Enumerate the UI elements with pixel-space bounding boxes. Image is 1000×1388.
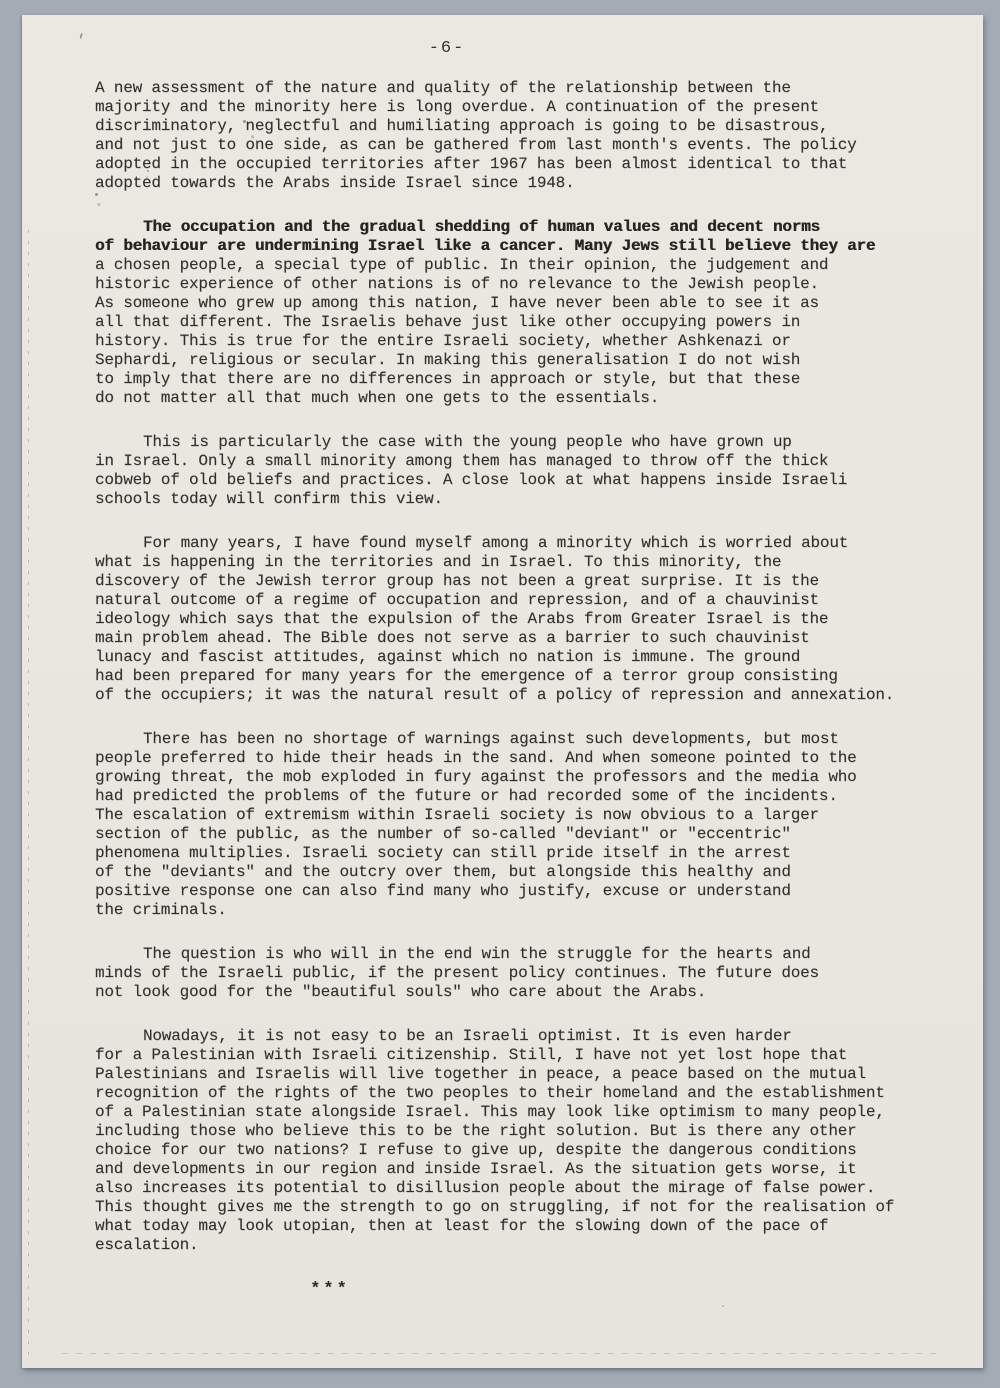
text-line: and not just to one side, as can be gath…	[95, 136, 947, 155]
text-line: As someone who grew up among this nation…	[95, 294, 947, 313]
text-line: including those who believe this to be t…	[95, 1122, 947, 1141]
text-line: to imply that there are no differences i…	[95, 370, 947, 389]
text-line: Palestinians and Israelis will live toge…	[95, 1065, 947, 1084]
text-line: the criminals.	[95, 901, 947, 920]
text-line: minds of the Israeli public, if the pres…	[95, 964, 947, 983]
text-line: The occupation and the gradual shedding …	[95, 218, 947, 237]
text-line: adopted in the occupied territories afte…	[95, 155, 947, 174]
stray-ink-mark	[79, 33, 84, 40]
text-line: discovery of the Jewish terror group has…	[95, 572, 947, 591]
text-line: For many years, I have found myself amon…	[95, 534, 947, 553]
text-line: a chosen people, a special type of publi…	[95, 256, 947, 275]
text-line: in Israel. Only a small minority among t…	[95, 452, 947, 471]
text-line: majority and the minority here is long o…	[95, 98, 947, 117]
text-line: lunacy and fascist attitudes, against wh…	[95, 648, 947, 667]
text-line: of a Palestinian state alongside Israel.…	[95, 1103, 947, 1122]
text-line: A new assessment of the nature and quali…	[95, 79, 947, 98]
scan-backdrop: { "page": { "colors": { "backdrop": "#a3…	[0, 0, 1000, 1388]
text-line: ideology which says that the expulsion o…	[95, 610, 947, 629]
text-line: all that different. The Israelis behave …	[95, 313, 947, 332]
text-line: not look good for the "beautiful souls" …	[95, 983, 947, 1002]
under-sheet-edge	[28, 230, 29, 1360]
section-end-mark: ***	[95, 1280, 565, 1299]
text-line: phenomena multiplies. Israeli society ca…	[95, 844, 947, 863]
text-line: what today may look utopian, then at lea…	[95, 1217, 947, 1236]
paper-speck	[722, 1305, 724, 1307]
paragraph: The occupation and the gradual shedding …	[95, 218, 947, 408]
text-line: had been prepared for many years for the…	[95, 667, 947, 686]
text-line: natural outcome of a regime of occupatio…	[95, 591, 947, 610]
under-sheet-bottom-edge	[62, 1353, 942, 1354]
text-line: Sephardi, religious or secular. In makin…	[95, 351, 947, 370]
page-sheet: -6- A new assessment of the nature and q…	[22, 15, 983, 1368]
document-body: A new assessment of the nature and quali…	[95, 79, 947, 1299]
text-line: do not matter all that much when one get…	[95, 389, 947, 408]
text-line: recognition of the rights of the two peo…	[95, 1084, 947, 1103]
text-line: what is happening in the territories and…	[95, 553, 947, 572]
text-line: also increases its potential to disillus…	[95, 1179, 947, 1198]
paragraph: This is particularly the case with the y…	[95, 433, 947, 509]
text-line: schools today will confirm this view.	[95, 490, 947, 509]
paragraph: There has been no shortage of warnings a…	[95, 730, 947, 920]
text-line: history. This is true for the entire Isr…	[95, 332, 947, 351]
text-line: cobweb of old beliefs and practices. A c…	[95, 471, 947, 490]
text-line: people preferred to hide their heads in …	[95, 749, 947, 768]
text-line: of the occupiers; it was the natural res…	[95, 686, 947, 705]
text-line: This is particularly the case with the y…	[95, 433, 947, 452]
page-number: -6-	[377, 39, 517, 58]
text-line: positive response one can also find many…	[95, 882, 947, 901]
paragraph: The question is who will in the end win …	[95, 945, 947, 1002]
text-line: main problem ahead. The Bible does not s…	[95, 629, 947, 648]
text-line: The escalation of extremism within Israe…	[95, 806, 947, 825]
text-line: adopted towards the Arabs inside Israel …	[95, 174, 947, 193]
text-line: growing threat, the mob exploded in fury…	[95, 768, 947, 787]
text-line: for a Palestinian with Israeli citizensh…	[95, 1046, 947, 1065]
text-line: This thought gives me the strength to go…	[95, 1198, 947, 1217]
paragraph: For many years, I have found myself amon…	[95, 534, 947, 705]
paragraph: A new assessment of the nature and quali…	[95, 79, 947, 193]
text-line: historic experience of other nations is …	[95, 275, 947, 294]
text-line: choice for our two nations? I refuse to …	[95, 1141, 947, 1160]
text-line: section of the public, as the number of …	[95, 825, 947, 844]
text-line: had predicted the problems of the future…	[95, 787, 947, 806]
text-line: of behaviour are undermining Israel like…	[95, 237, 947, 256]
text-line: and developments in our region and insid…	[95, 1160, 947, 1179]
text-line: Nowadays, it is not easy to be an Israel…	[95, 1027, 947, 1046]
text-line: discriminatory, neglectful and humiliati…	[95, 117, 947, 136]
text-line: The question is who will in the end win …	[95, 945, 947, 964]
text-line: of the "deviants" and the outcry over th…	[95, 863, 947, 882]
text-line: escalation.	[95, 1236, 947, 1255]
paragraph: Nowadays, it is not easy to be an Israel…	[95, 1027, 947, 1255]
text-line: There has been no shortage of warnings a…	[95, 730, 947, 749]
